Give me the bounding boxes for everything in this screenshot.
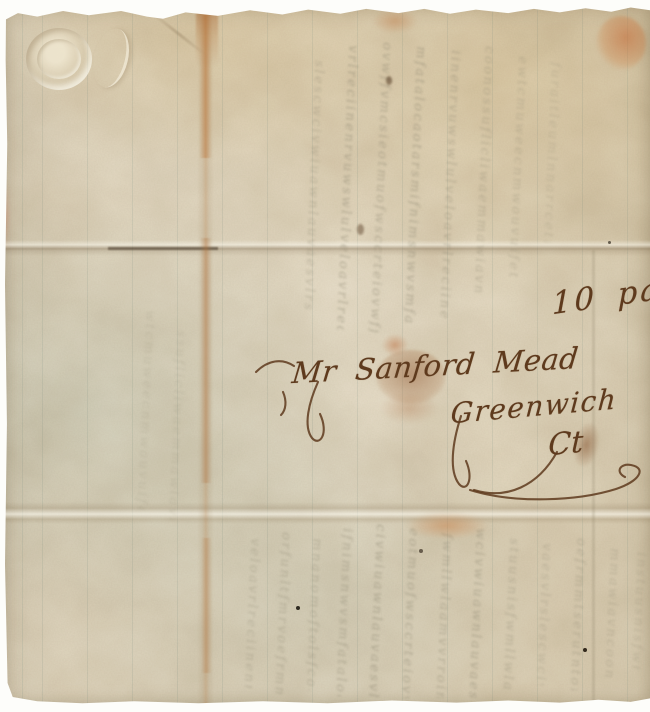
- bleedthrough-writing: ifnimsnwvsmfatalocaot: [326, 528, 353, 697]
- fold-crease-vertical: [197, 0, 214, 712]
- laid-lines-texture: [0, 0, 650, 712]
- bleedthrough-writing: furaitleumlnnarrcetief: [534, 62, 562, 243]
- ink-smudge-address: [376, 350, 446, 404]
- ink-speck: [357, 224, 364, 235]
- rust-stain-top-right: [596, 16, 646, 70]
- rust-stain-top-center: [372, 8, 418, 34]
- ink-smudge-address-top: [382, 334, 408, 356]
- address-state-line: Ct: [548, 424, 584, 463]
- bleedthrough-writing: ewtcmuweecnmwouvuifetvcuuewt: [499, 56, 529, 282]
- handwriting-flourishes: [0, 0, 650, 712]
- letter-paper: slescwcivwiuawnlauvaesvlrslescwvrlreciin…: [5, 4, 650, 704]
- flourish-stroke: [308, 382, 324, 441]
- ink-smudge-address-lower: [380, 392, 438, 424]
- pink-stain-left-edge: [0, 180, 9, 252]
- bleedthrough-writing: instuusnisfwml: [622, 552, 647, 671]
- flourish-stroke: [453, 416, 470, 487]
- seal-crease-mark: [87, 25, 135, 91]
- address-recipient-line: Mr Sanford Mead: [290, 341, 580, 390]
- flourish-stroke: [470, 465, 640, 500]
- ink-smudge-state: [569, 420, 603, 470]
- bleedthrough-writing: wcivwiuawnlauvaesvlrs: [459, 528, 486, 699]
- bleedthrough-writing: mnanomoftolsfcoctri: [297, 538, 324, 691]
- fold-crease-horizontal-upper: [0, 240, 650, 256]
- bleedthrough-writing: mmawiavncoonossu: [595, 548, 621, 681]
- bleedthrough-writing: wtcmuweecnmwouvuifetvcuue: [128, 310, 157, 511]
- bleedthrough-writing: stuusnisfwmllwlaamv: [494, 538, 521, 691]
- bleedthrough-writing: eotmuofwsccrteiovwffv: [392, 528, 419, 699]
- flourish-stroke: [281, 392, 285, 415]
- bleedthrough-writing: vrlreciinenrvuwswlulveloavrlreciine: [327, 45, 359, 331]
- ink-speck: [608, 241, 611, 244]
- bleedthrough-writing: fwmllwlaamvvrroinstu: [426, 533, 453, 699]
- bleedthrough-writing: mfatalocaotarsmifnimsnwvsmfatalocao: [395, 46, 427, 327]
- bleedthrough-writing: ovwffvmcsieotmuofwsccrteiovwffvmcsie: [361, 42, 394, 333]
- embossed-seal: [26, 28, 92, 90]
- fold-stain-segment: [201, 538, 212, 673]
- ink-speck: [296, 606, 300, 610]
- diagonal-crease: [149, 10, 208, 57]
- bleedthrough-writing: vaesvlrslescwcivw: [527, 543, 553, 686]
- postal-rate-marking: 10 pa: [552, 271, 650, 323]
- bleedthrough-writing: slescwcivwiuawnlauvaesvlrslescw: [295, 60, 326, 311]
- fold-stain-segment: [200, 238, 212, 483]
- flourish-stroke: [256, 361, 294, 372]
- bleedthrough-writing: coonossuflicliwaemmawiavncoonos: [465, 46, 496, 297]
- flourish-stroke: [474, 452, 557, 493]
- bleedthrough-writing: oefrmmtserutntorfun: [561, 538, 588, 691]
- fold-crease-vertical-right: [592, 250, 595, 710]
- fold-crease-dark-segment: [108, 247, 218, 250]
- paper-aging-texture: [0, 0, 650, 712]
- ink-speck: [419, 549, 423, 553]
- ink-speck: [386, 76, 392, 85]
- address-town-line: Greenwich: [450, 382, 619, 430]
- rust-stain-bottom-center: [406, 512, 488, 539]
- rust-stain-fold-top: [196, 4, 218, 66]
- fold-crease-horizontal-lower: [0, 502, 650, 524]
- bleedthrough-writing: civwiuawnlauvaesvlrsl: [359, 524, 387, 700]
- fold-stain-segment: [199, 8, 212, 158]
- letter-scan: slescwcivwiuawnlauvaesvlrslescwvrlreciin…: [0, 0, 650, 712]
- ink-speck: [583, 648, 587, 652]
- bleedthrough-writing: ssuflicliwaemmawiavncoo: [159, 330, 187, 521]
- bleedthrough-writing: iinenrvuwswlulveloavrlreciinenrvu: [430, 50, 462, 321]
- bleedthrough-writing: veloavrlreciinenrv: [235, 538, 262, 689]
- bleedthrough-writing: orfunltfmrvoefrmmtse: [265, 532, 292, 695]
